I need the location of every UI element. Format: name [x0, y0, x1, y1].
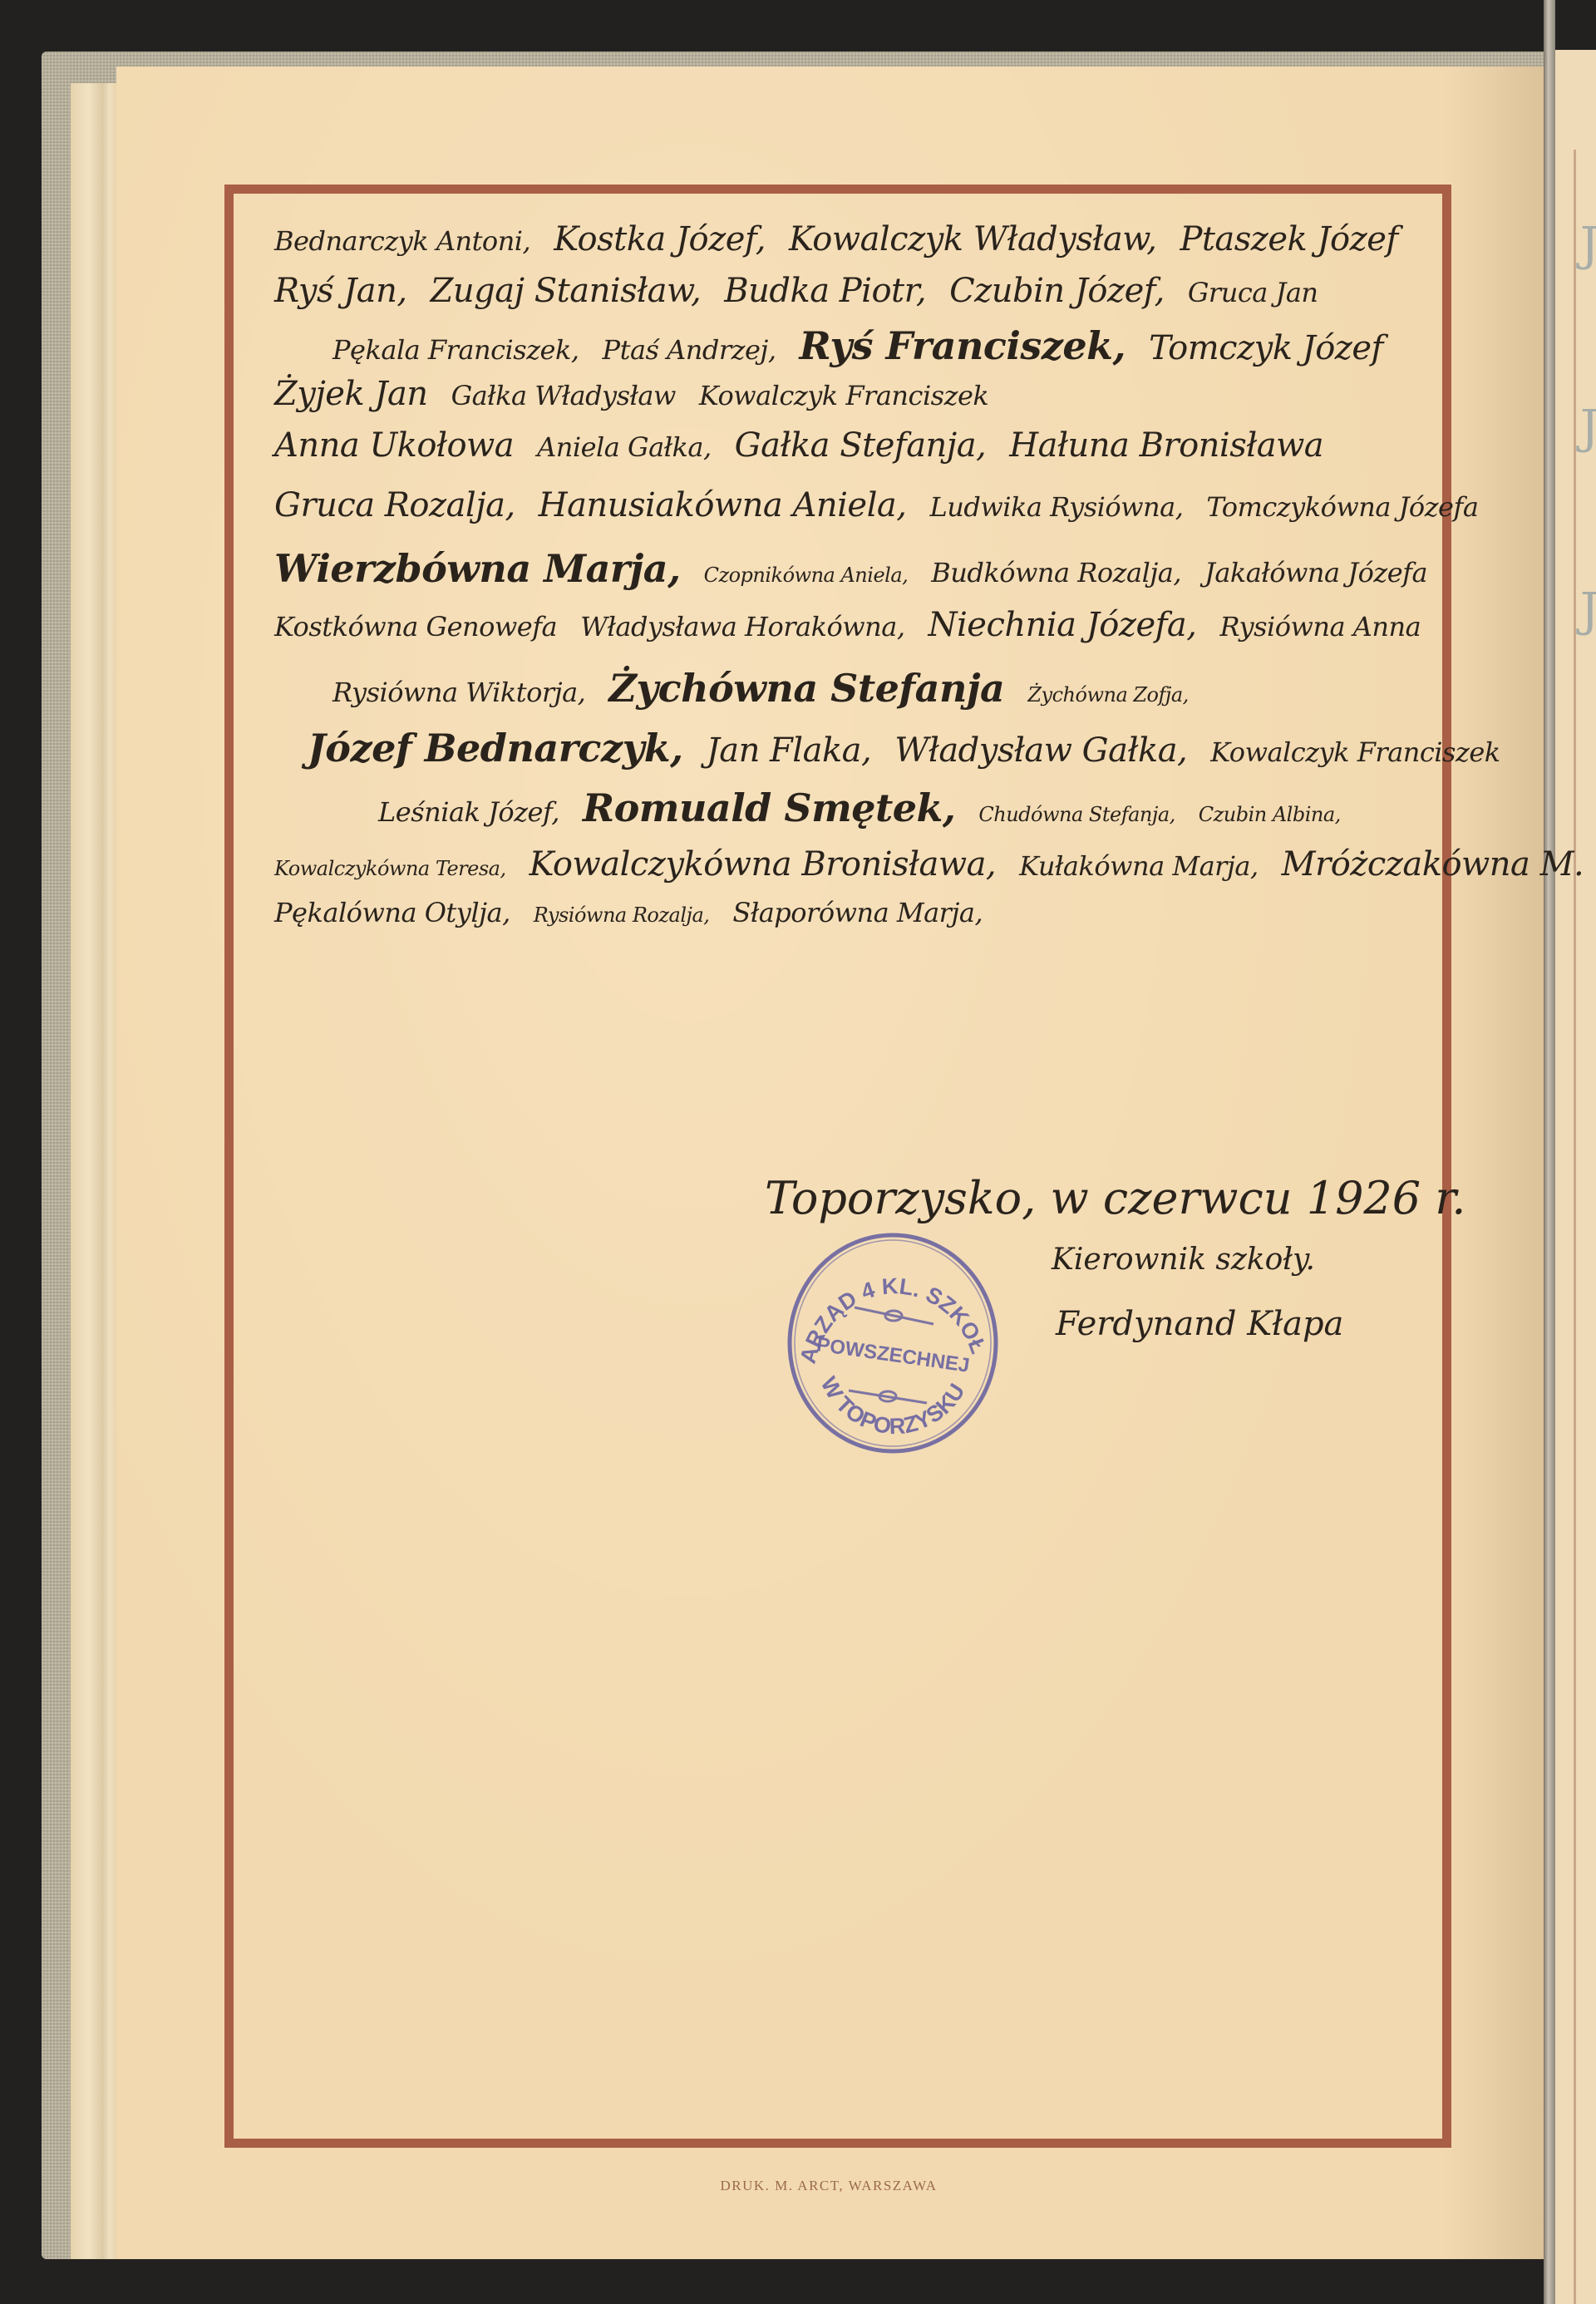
student-name: Wierzbówna Marja,	[274, 546, 681, 591]
printer-imprint: DRUK. M. ARCT, WARSZAWA	[0, 2178, 1596, 2194]
student-name: Kowalczyk Franciszek	[699, 380, 988, 411]
adjacent-page-ornament: J	[1580, 582, 1596, 640]
student-name: Żychówna Stefanja	[608, 666, 1004, 711]
adjacent-page: J J J	[1555, 50, 1596, 2304]
student-name: Rysiówna Anna	[1219, 611, 1421, 642]
student-name: Jan Flaka,	[707, 731, 872, 770]
student-name: Kowalczyk Władysław,	[789, 220, 1156, 258]
names-line-7: Wierzbówna Marja, Czopnikówna Aniela, Bu…	[274, 546, 1438, 598]
names-line-2: Ryś Jan, Zugaj Stanisław, Budka Piotr, C…	[274, 272, 1438, 323]
student-names-list: Bednarczyk Antoni, Kostka Józef, Kowalcz…	[274, 220, 1438, 948]
signatory-title: Kierownik szkoły.	[1052, 1243, 1315, 1277]
student-name: Rysiówna Rozalja,	[534, 903, 710, 927]
student-name: Władysława Horakówna,	[580, 611, 904, 642]
student-name: Czubin Józef,	[949, 272, 1165, 310]
adjacent-page-ornament: J	[1580, 399, 1596, 457]
names-line-10: Józef Bednarczyk, Jan Flaka, Władysław G…	[274, 726, 1438, 777]
student-name: Bednarczyk Antoni,	[274, 225, 530, 257]
student-name: Kowalczykówna Teresa,	[274, 857, 506, 880]
names-line-6: Gruca Rozalja, Hanusiakówna Aniela, Ludw…	[274, 486, 1438, 538]
adjacent-page-frame	[1574, 150, 1596, 2304]
student-name: Słaporówna Marja,	[732, 897, 983, 928]
student-name: Czopnikówna Aniela,	[704, 564, 909, 587]
student-name: Hanusiakówna Aniela,	[539, 486, 907, 524]
student-name: Gałka Stefanja,	[735, 426, 987, 465]
student-name: Tomczyk Józef	[1149, 329, 1383, 367]
student-name: Czubin Albina,	[1199, 803, 1341, 826]
signatory-name: Ferdynand Kłapa	[1056, 1305, 1343, 1343]
student-name: Kostkówna Genowefa	[274, 611, 557, 642]
student-name: Ptaszek Józef	[1180, 220, 1397, 258]
student-name: Gałka Władysław	[451, 380, 676, 411]
student-name: Władysław Gałka,	[894, 731, 1187, 770]
student-name: Żyjek Jan	[274, 375, 428, 413]
student-name: Kowalczykówna Bronisława,	[530, 845, 997, 884]
names-line-9: Rysiówna Wiktorja, Żychówna Stefanja Życ…	[274, 666, 1438, 717]
student-name: Kułakówna Marja,	[1019, 850, 1258, 882]
school-stamp: ZARZĄD 4 KL. SZKOŁY W TOPORZYSKU POWSZEC…	[784, 1228, 1002, 1458]
student-name: Ptaś Andrzej,	[603, 334, 776, 366]
place-and-date: Toporzysko, w czerwcu 1926 r.	[765, 1172, 1465, 1224]
student-name: Leśniak Józef,	[378, 796, 559, 828]
student-name: Gruca Rozalja,	[274, 486, 515, 524]
student-name: Kostka Józef,	[554, 220, 766, 258]
student-name: Gruca Jan	[1188, 277, 1318, 308]
student-name: Jakałówna Józefa	[1204, 557, 1427, 588]
student-name: Aniela Gałka,	[537, 431, 712, 463]
printer-imprint-text: DRUK. M. ARCT, WARSZAWA	[720, 2178, 937, 2193]
student-name: Romuald Smętek,	[583, 785, 956, 830]
student-name: Kowalczyk Franciszek	[1210, 736, 1500, 768]
student-name: Anna Ukołowa	[274, 426, 514, 465]
student-name: Mróżczakówna M.	[1282, 845, 1584, 884]
student-name: Budkówna Rozalja,	[931, 557, 1181, 588]
names-line-5: Anna Ukołowa Aniela Gałka, Gałka Stefanj…	[274, 426, 1438, 478]
student-name: Ryś Franciszek,	[800, 323, 1126, 368]
student-name: Budka Piotr,	[724, 272, 926, 310]
names-line-4: Żyjek Jan Gałka Władysław Kowalczyk Fran…	[274, 375, 1438, 426]
book-gutter	[1544, 0, 1555, 2304]
names-line-3: Pękala Franciszek, Ptaś Andrzej, Ryś Fra…	[274, 323, 1438, 375]
student-name: Pękalówna Otylja,	[274, 897, 510, 928]
names-line-1: Bednarczyk Antoni, Kostka Józef, Kowalcz…	[274, 220, 1438, 272]
student-name: Józef Bednarczyk,	[308, 726, 683, 770]
student-name: Pękala Franciszek,	[332, 334, 579, 366]
stamp-center-text: POWSZECHNEJ	[815, 1333, 971, 1377]
student-name: Zugaj Stanisław,	[431, 272, 702, 310]
names-line-8: Kostkówna Genowefa Władysława Horakówna,…	[274, 606, 1438, 657]
student-name: Rysiówna Wiktorja,	[332, 677, 585, 708]
student-name: Tomczykówna Józefa	[1206, 491, 1478, 523]
student-name: Ludwika Rysiówna,	[929, 491, 1183, 523]
names-line-11: Leśniak Józef, Romuald Smętek, Chudówna …	[274, 785, 1438, 837]
page-edge-stack	[71, 83, 116, 2259]
student-name: Żychówna Zofja,	[1027, 683, 1188, 706]
student-name: Niechnia Józefa,	[929, 606, 1197, 644]
page-gutter-shadow	[1444, 66, 1544, 2259]
names-line-13: Pękalówna Otylja, Rysiówna Rozalja, Słap…	[274, 897, 1438, 948]
student-name: Ryś Jan,	[274, 272, 407, 310]
adjacent-page-ornament: J	[1580, 216, 1596, 274]
student-name: Chudówna Stefanja,	[978, 803, 1175, 826]
student-name: Hałuna Bronisława	[1009, 426, 1323, 465]
names-line-12: Kowalczykówna Teresa, Kowalczykówna Bron…	[274, 845, 1438, 897]
